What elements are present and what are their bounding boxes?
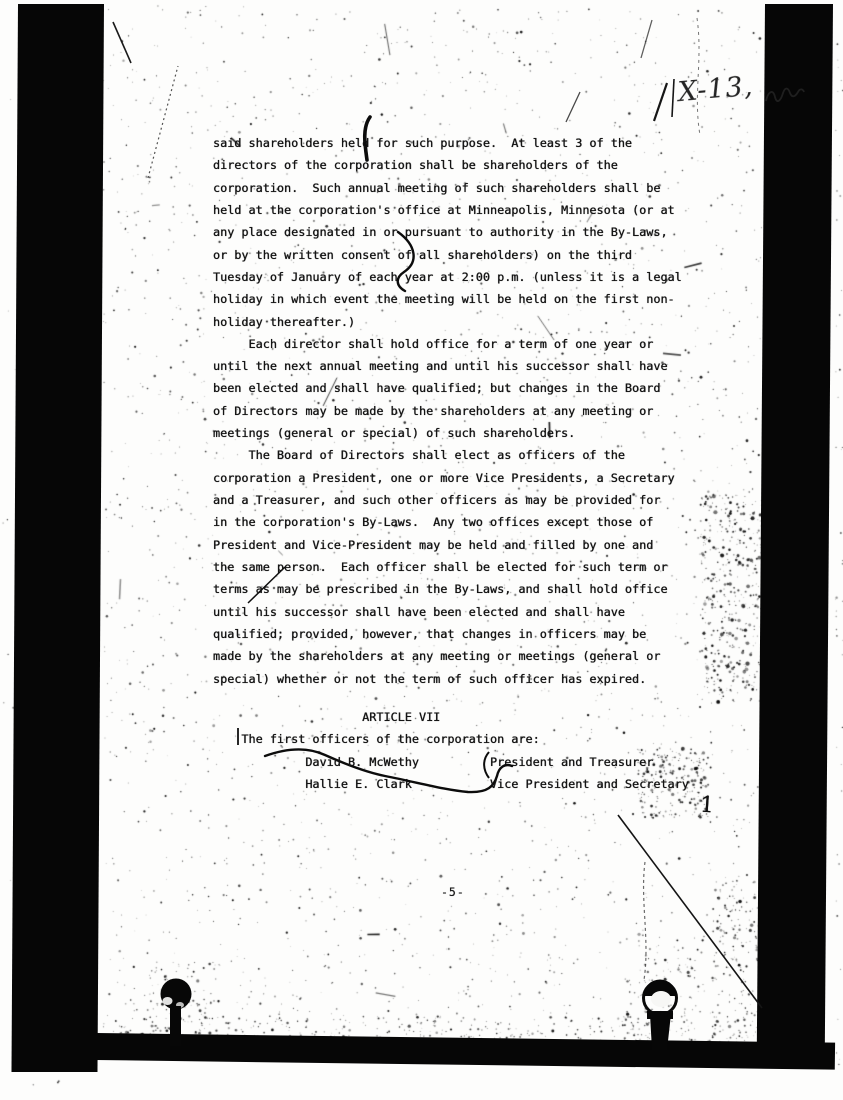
doc-line: or by the written consent of all shareho… [213, 244, 682, 266]
doc-line: made by the shareholders at any meeting … [213, 645, 682, 667]
doc-line: holiday in which event the meeting will … [213, 288, 682, 310]
doc-line: until the next annual meeting and until … [213, 355, 682, 377]
doc-line: any place designated in or pursuant to a… [213, 221, 682, 243]
handwritten-annotation: X-13, [677, 71, 755, 108]
scanned-document-page: said shareholders held for such purpose.… [0, 0, 843, 1100]
doc-line: held at the corporation's office at Minn… [213, 199, 682, 221]
handwritten-margin-mark: 1 [699, 793, 715, 819]
doc-line: said shareholders held for such purpose.… [213, 132, 682, 154]
doc-line: Tuesday of January of each year at 2:00 … [213, 266, 682, 288]
doc-line: and a Treasurer, and such other officers… [213, 489, 682, 511]
document-closing: ARTICLE VII The first officers of the co… [213, 706, 689, 795]
doc-line: corporation a President, one or more Vic… [213, 467, 682, 489]
doc-line: in the corporation's By-Laws. Any two of… [213, 511, 682, 533]
doc-line: the same person. Each officer shall be e… [213, 556, 682, 578]
doc-line: meetings (general or special) of such sh… [213, 422, 682, 444]
doc-line: David B. McWethy President and Treasurer [213, 751, 689, 773]
doc-line: The first officers of the corporation ar… [213, 728, 689, 750]
left-scan-border [11, 4, 104, 1072]
doc-line: The Board of Directors shall elect as of… [213, 444, 682, 466]
right-scan-border [757, 4, 833, 1062]
doc-line: terms as may be prescribed in the By-Law… [213, 578, 682, 600]
doc-line: holiday thereafter.) [213, 311, 682, 333]
page-number: -5- [441, 885, 465, 899]
doc-line: directors of the corporation shall be sh… [213, 154, 682, 176]
doc-line: ARTICLE VII [213, 706, 689, 728]
doc-line: Each director shall hold office for a te… [213, 333, 682, 355]
doc-line: corporation. Such annual meeting of such… [213, 177, 682, 199]
doc-line: qualified; provided, however, that chang… [213, 623, 682, 645]
document-body: said shareholders held for such purpose.… [213, 132, 682, 690]
doc-line: been elected and shall have qualified; b… [213, 377, 682, 399]
doc-line: Hallie E. Clark Vice President and Secre… [213, 773, 689, 795]
doc-line: until his successor shall have been elec… [213, 601, 682, 623]
doc-line: special) whether or not the term of such… [213, 668, 682, 690]
doc-line: of Directors may be made by the sharehol… [213, 400, 682, 422]
doc-line: President and Vice-President may be held… [213, 534, 682, 556]
